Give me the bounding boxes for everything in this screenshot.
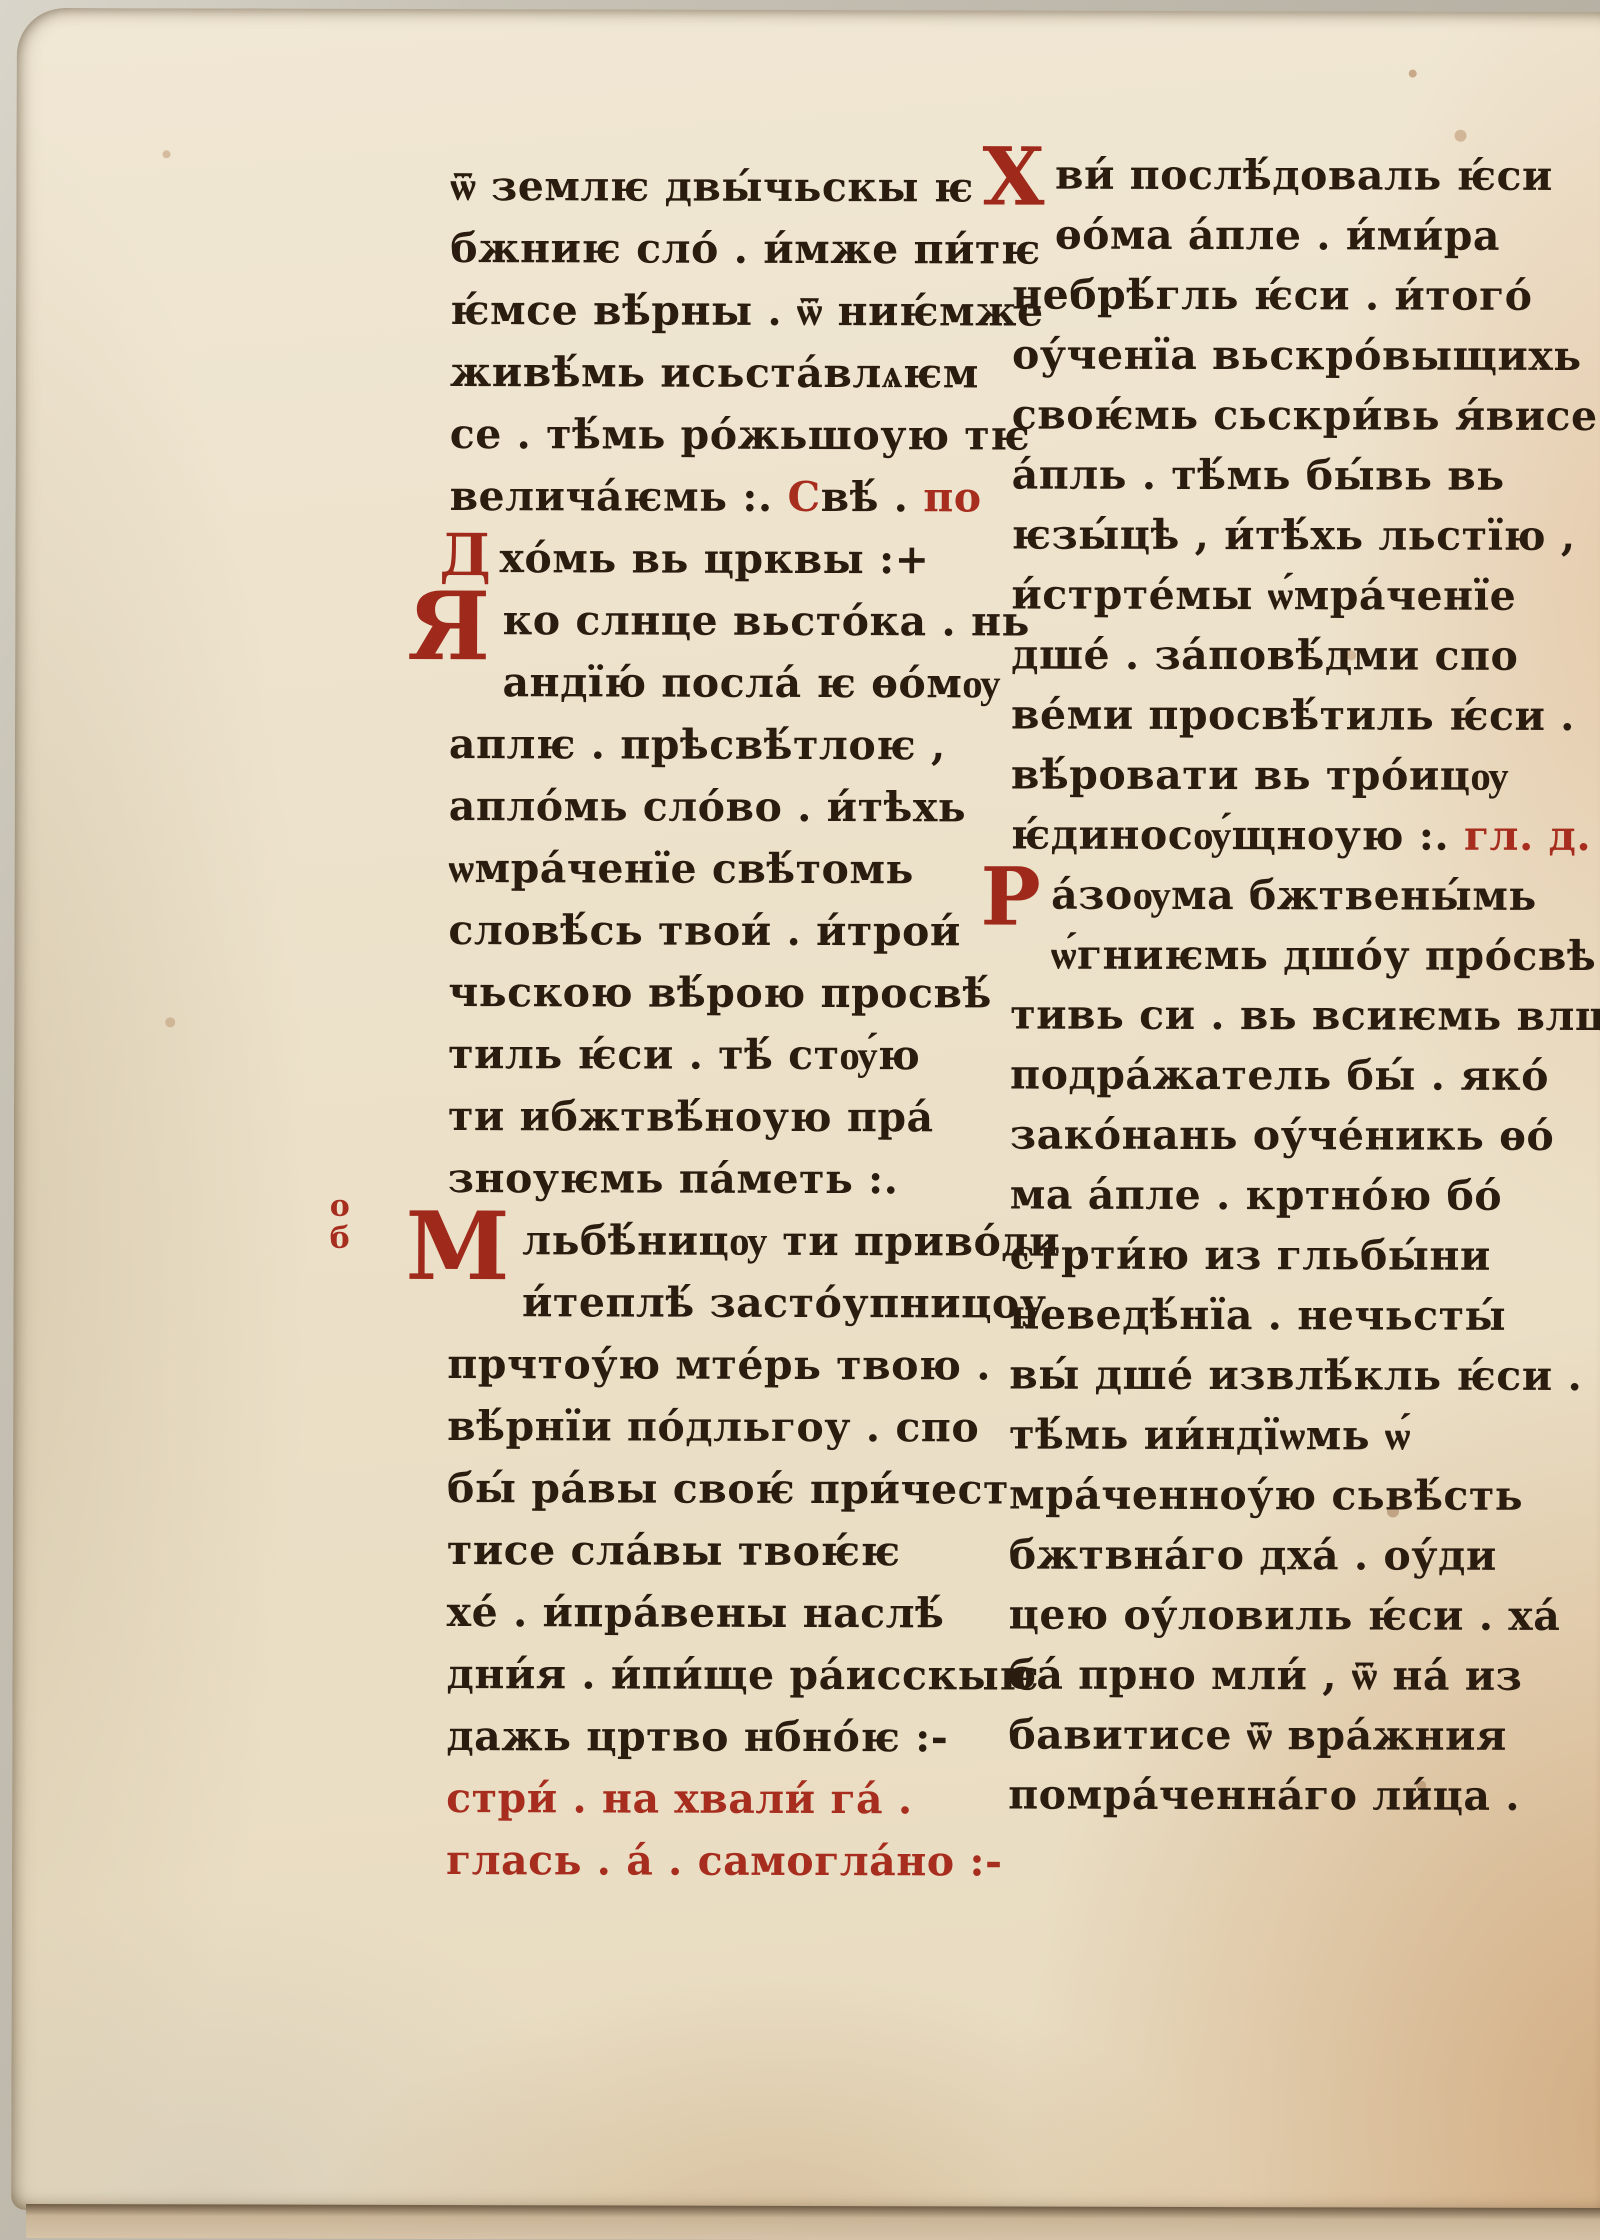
body-text: неведѣ́нїа . нечьсты́: [1009, 1291, 1506, 1340]
body-text: бавитисе ѿ вра́жния: [1008, 1711, 1507, 1760]
text-line: цею оу́ловиль ѥ́си . ха́: [1009, 1585, 1593, 1647]
body-text: и́теплѣ́ засто́упницоу: [522, 1278, 1047, 1327]
page-bottom-edge: [26, 2204, 1600, 2240]
text-line: глась . а́ . самогла́но :-: [446, 1829, 998, 1892]
text-line: Дхо́мь вь црквы :+: [449, 527, 1001, 590]
text-line: дше́ . за́повѣ́дми спо: [1011, 625, 1595, 687]
text-line: чьскою вѣ́рою просвѣ́: [448, 961, 1000, 1024]
text-line: зако́нань оу́че́никь ѳо́: [1010, 1105, 1594, 1167]
body-text: подра́жатель бы́ . яко́: [1010, 1051, 1549, 1100]
text-line: Яко слнце вьсто́ка . нь: [449, 589, 1001, 652]
rubric-initial: М: [406, 1211, 511, 1283]
rubric-text: гл. д.: [1464, 812, 1591, 860]
rubric-text: по: [923, 473, 981, 521]
body-text: ве́ми просвѣ́тиль ѥ́си .: [1011, 691, 1575, 740]
text-line: велича́ѥмь :. Свѣ́ . по: [450, 465, 1002, 528]
text-line: бы́ ра́вы своѥ́ при́чест: [447, 1457, 999, 1520]
text-line: ѥзы́цѣ , и́тѣ́хь льстїю ,: [1011, 505, 1595, 567]
rubric-initial: Х: [982, 144, 1045, 208]
text-line: ѿ землѥ двы́чьскы ѥ: [450, 155, 1002, 218]
body-text: тисе сла́вы твоѥ́ѥ: [447, 1526, 901, 1575]
body-text: тѣ́мь ии́ндїѡмь ѡ́: [1009, 1411, 1411, 1460]
body-text: своѥ́мь сьскри́вь я́висе: [1012, 391, 1598, 441]
body-text: вы́ дше́ извлѣ́кль ѥ́си .: [1009, 1351, 1582, 1400]
text-line: Ра́зоѹма бжтвены́мь: [1010, 865, 1594, 927]
right-text-column: Хви́ послѣ́доваль ѥ́сиѳо́ма а́пле . и́ми…: [1008, 145, 1596, 1827]
body-text: дажь цртво нбно́ѥ :-: [446, 1712, 948, 1761]
text-line: ѳо́ма а́пле . и́ми́ра: [1012, 205, 1596, 267]
body-text: апло́мь сло́во . и́тѣхь: [449, 782, 966, 831]
text-line: Мльбѣ́ницѹ ти приво́ди .: [448, 1209, 1000, 1272]
body-text: и́стрте́мы ѡ́мра́ченїе: [1011, 571, 1516, 620]
text-line: тисе сла́вы твоѥ́ѥ: [447, 1519, 999, 1582]
text-line: оу́ченїа вьскро́выщихь: [1012, 325, 1596, 387]
body-text: вѣ́ровати вь тро́ицѹ: [1011, 751, 1509, 800]
text-line: се . тѣ́мь ро́жьшоую тѥ: [450, 403, 1002, 466]
rubric-text: глась . а́ . самогла́но :-: [446, 1836, 1003, 1885]
body-text: ко слнце вьсто́ка . нь: [503, 596, 1030, 645]
text-line: ма а́пле . кртно́ю бо́: [1010, 1165, 1594, 1227]
body-text: словѣ́сь твои́ . и́трои́: [448, 906, 960, 955]
body-text: ба́ прно мли́ , ѿ на́ из: [1008, 1651, 1522, 1700]
body-text: тивь си . вь всиѥмь влцѣ: [1010, 991, 1600, 1041]
body-text: чьскою вѣ́рою просвѣ́: [448, 968, 992, 1017]
text-line: хе́ . и́пра́вены наслѣ́: [447, 1581, 999, 1644]
text-line: тивь си . вь всиѥмь влцѣ: [1010, 985, 1594, 1047]
body-text: зако́нань оу́че́никь ѳо́: [1010, 1111, 1554, 1160]
text-line: Хви́ послѣ́доваль ѥ́си: [1012, 145, 1596, 207]
body-text: ѥзы́цѣ , и́тѣ́хь льстїю ,: [1011, 511, 1575, 560]
text-line: вѣ́ровати вь тро́ицѹ: [1011, 745, 1595, 807]
text-line: ве́ми просвѣ́тиль ѥ́си .: [1011, 685, 1595, 747]
text-line: апло́мь сло́во . и́тѣхь: [449, 775, 1001, 838]
text-line: своѥ́мь сьскри́вь я́висе: [1012, 385, 1596, 447]
body-text: хо́мь вь црквы :+: [499, 534, 929, 583]
foxing-spots: [1409, 70, 1417, 78]
margin-rubric-top: о: [318, 1191, 362, 1223]
text-line: зноуѥмь па́меть :.: [448, 1147, 1000, 1210]
body-text: стрти́ю из гльбы́ни: [1010, 1231, 1491, 1280]
body-text: ти ибжтвѣ́ноую пра́: [448, 1092, 934, 1141]
body-text: небрѣ́гль ѥ́си . и́того́: [1012, 271, 1533, 320]
body-text: андїю́ посла́ ѥ ѳо́мѹ: [502, 658, 1000, 707]
body-text: бы́ ра́вы своѥ́ при́чест: [447, 1464, 1009, 1513]
body-text: ма а́пле . кртно́ю бо́: [1010, 1171, 1503, 1220]
body-text: се . тѣ́мь ро́жьшоую тѥ: [450, 410, 1031, 460]
body-text: велича́ѥмь :.: [450, 472, 788, 521]
body-text: хе́ . и́пра́вены наслѣ́: [447, 1588, 945, 1637]
text-line: помра́ченна́го ли́ца .: [1008, 1765, 1592, 1827]
body-text: ви́ послѣ́доваль ѥ́си: [1055, 151, 1553, 200]
body-text: помра́ченна́го ли́ца .: [1008, 1771, 1520, 1820]
body-text: ѥ́мсе вѣ́рны . ѿ ниѥ́мже: [450, 286, 1044, 336]
rubric-text: стри́ . на хвали́ га́ .: [446, 1774, 913, 1823]
text-line: ѥ́мсе вѣ́рны . ѿ ниѥ́мже: [450, 279, 1002, 342]
body-text: прчтоу́ю мте́рь твою .: [447, 1340, 991, 1389]
text-line: ѡмра́ченїе свѣ́томь: [449, 837, 1001, 900]
body-text: живѣ́мь исьста́влѧѥм: [450, 348, 979, 397]
body-text: цею оу́ловиль ѥ́си . ха́: [1009, 1591, 1561, 1640]
body-text: бжниѥ сло́ . и́мже пи́тѥ: [450, 224, 1041, 274]
rubric-initial: Я: [407, 591, 491, 663]
body-text: ѡмра́ченїе свѣ́томь: [449, 844, 914, 893]
body-text: льбѣ́ницѹ ти приво́ди .: [522, 1216, 1090, 1265]
body-text: тиль ѥ́си . тѣ́ стѹ́ю: [448, 1030, 920, 1079]
body-text: оу́ченїа вьскро́выщихь: [1012, 331, 1582, 380]
body-text: аплѥ . прѣсвѣ́тлоѥ ,: [449, 720, 946, 769]
text-line: ѡ́гниѥмь дшо́у про́свѣ: [1010, 925, 1594, 987]
margin-rubric-mark: о б: [318, 1191, 362, 1255]
text-line: вѣ́рнїи по́дльгоу . спо: [447, 1395, 999, 1458]
text-line: вы́ дше́ извлѣ́кль ѥ́си .: [1009, 1345, 1593, 1407]
body-text: мра́ченноу́ю сьвѣ́сть: [1009, 1471, 1523, 1520]
body-text: дше́ . за́повѣ́дми спо: [1011, 631, 1518, 680]
body-text: ѳо́ма а́пле . и́ми́ра: [1055, 211, 1500, 260]
manuscript-page: о б ѿ землѥ двы́чьскы ѥбжниѥ сло́ . и́мж…: [11, 8, 1600, 2214]
text-line: неведѣ́нїа . нечьсты́: [1009, 1285, 1593, 1347]
text-line: и́стрте́мы ѡ́мра́ченїе: [1011, 565, 1595, 627]
text-line: небрѣ́гль ѥ́си . и́того́: [1012, 265, 1596, 327]
body-text: ѿ землѥ двы́чьскы ѥ: [450, 162, 974, 211]
text-line: стри́ . на хвали́ га́ .: [446, 1767, 998, 1830]
margin-rubric-bottom: б: [318, 1223, 362, 1255]
text-line: аплѥ . прѣсвѣ́тлоѥ ,: [449, 713, 1001, 776]
text-line: бавитисе ѿ вра́жния: [1008, 1705, 1592, 1767]
text-line: тѣ́мь ии́ндїѡмь ѡ́: [1009, 1405, 1593, 1467]
body-text: а́пль . тѣ́мь бы́вь вь: [1012, 451, 1505, 500]
text-line: словѣ́сь твои́ . и́трои́: [448, 899, 1000, 962]
text-line: андїю́ посла́ ѥ ѳо́мѹ: [449, 651, 1001, 714]
body-text: ѡ́гниѥмь дшо́у про́свѣ: [1051, 931, 1596, 980]
text-line: прчтоу́ю мте́рь твою .: [447, 1333, 999, 1396]
text-line: ѥ́диносѹ́щноую :. гл. д.: [1011, 805, 1595, 867]
body-text: вѣ́ .: [821, 473, 924, 521]
text-line: ти ибжтвѣ́ноую пра́: [448, 1085, 1000, 1148]
text-line: бжтвна́го дха́ . оу́ди: [1009, 1525, 1593, 1587]
text-line: и́теплѣ́ засто́упницоу: [447, 1271, 999, 1334]
body-text: а́зоѹма бжтвены́мь: [1051, 871, 1537, 920]
text-line: дни́я . и́пи́ще ра́исскыѥ: [446, 1643, 998, 1706]
body-text: ѥ́диносѹ́щноую :.: [1011, 811, 1464, 860]
text-line: подра́жатель бы́ . яко́: [1010, 1045, 1594, 1107]
text-line: дажь цртво нбно́ѥ :-: [446, 1705, 998, 1768]
rubric-text: С: [787, 473, 820, 521]
body-text: бжтвна́го дха́ . оу́ди: [1009, 1531, 1497, 1580]
text-line: мра́ченноу́ю сьвѣ́сть: [1009, 1465, 1593, 1527]
body-text: дни́я . и́пи́ще ра́исскыѥ: [446, 1650, 1039, 1700]
body-text: вѣ́рнїи по́дльгоу . спо: [447, 1402, 979, 1451]
text-line: стрти́ю из гльбы́ни: [1010, 1225, 1594, 1287]
text-line: живѣ́мь исьста́влѧѥм: [450, 341, 1002, 404]
text-line: тиль ѥ́си . тѣ́ стѹ́ю: [448, 1023, 1000, 1086]
rubric-initial: Р: [980, 864, 1041, 928]
body-text: зноуѥмь па́меть :.: [448, 1154, 899, 1203]
text-line: ба́ прно мли́ , ѿ на́ из: [1008, 1645, 1592, 1707]
text-line: бжниѥ сло́ . и́мже пи́тѥ: [450, 217, 1002, 280]
text-line: а́пль . тѣ́мь бы́вь вь: [1012, 445, 1596, 507]
left-text-column: ѿ землѥ двы́чьскы ѥбжниѥ сло́ . и́мже пи…: [446, 155, 1003, 1892]
